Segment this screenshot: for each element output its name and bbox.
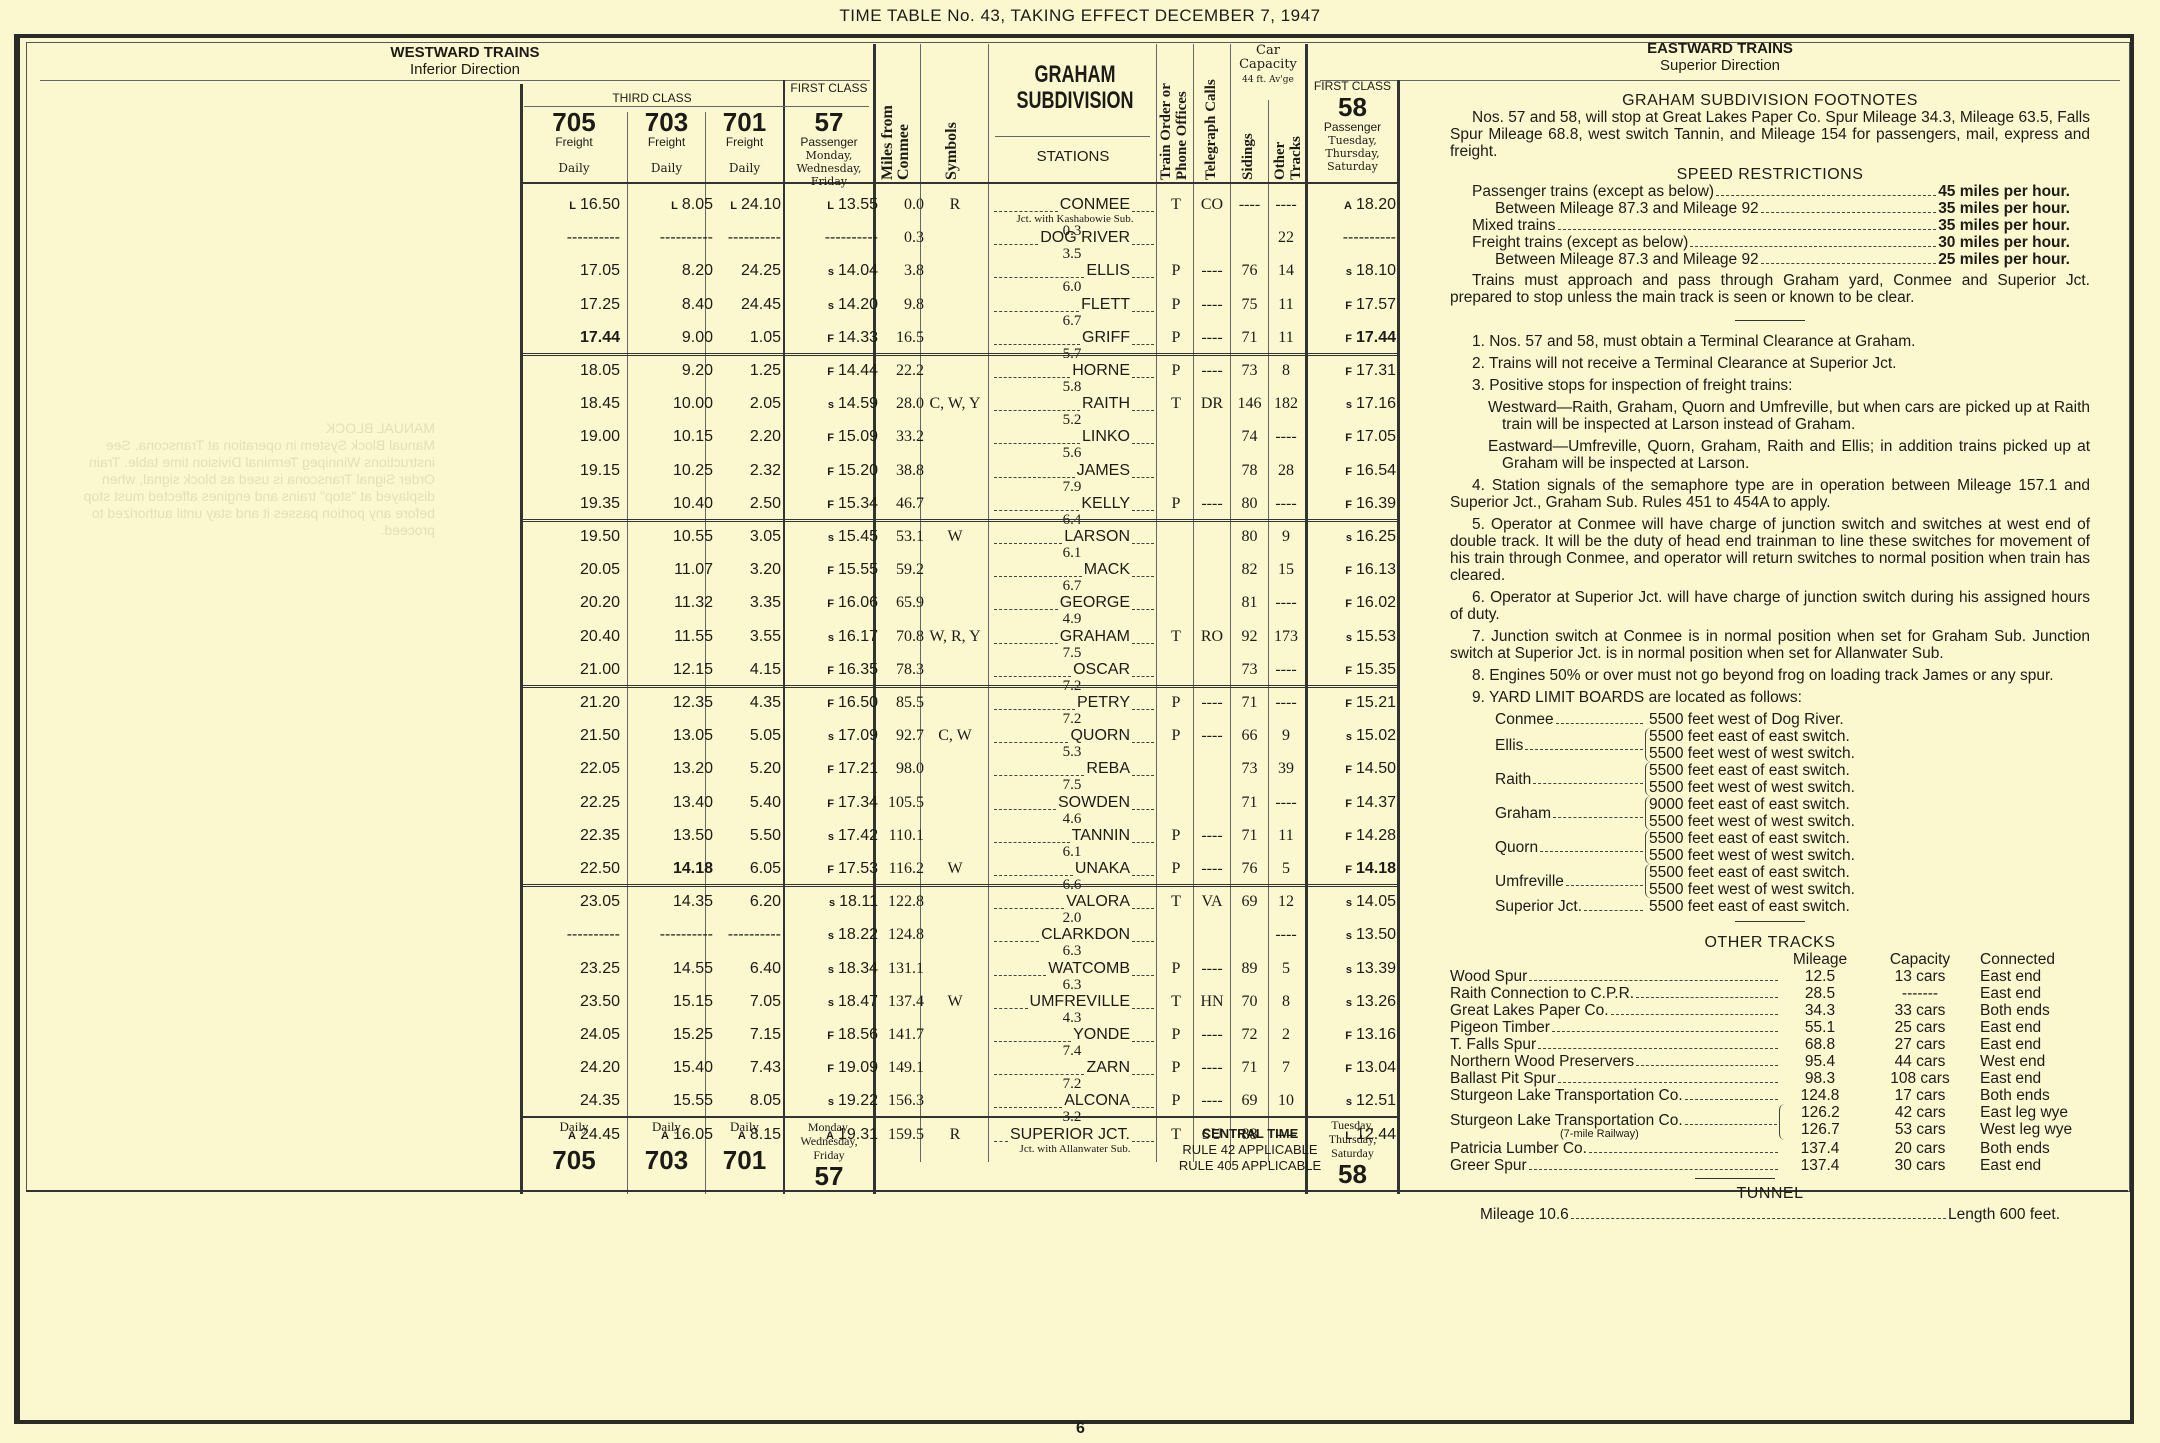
w703-cell: 12.15 [628,653,713,687]
oth-cell: 182 [1268,387,1304,421]
telegraph-header: Telegraph Calls [1203,60,1219,180]
sid-cell: 81 [1231,586,1268,620]
other-track-row: Patricia Lumber Co.137.420 carsBoth ends [1450,1140,2090,1157]
e58-cell: s16.25 [1310,520,1396,554]
track-name: Sturgeon Lake Transportation Co. [1450,1087,1683,1104]
yard-limit-location: 9000 feet east of east switch. [1649,796,1855,813]
cell-value: 19.35 [580,495,620,512]
sym-cell [922,686,988,720]
cell-value: 16.17 [838,628,878,645]
w705-cell: 22.25 [520,786,620,820]
other-track-row: Raith Connection to C.P.R.28.5-------Eas… [1450,985,2090,1002]
w57-cell: s16.17 [786,620,878,654]
cell-value: C, W [938,727,971,744]
cell-value: 17.34 [838,794,878,811]
stop-flag: F [1345,1030,1352,1042]
cell-value: ---- [1275,196,1296,213]
sid-cell: 71 [1231,1051,1268,1085]
yard-limit-row: Raith5500 feet east of east switch.5500 … [1495,762,2090,796]
w703-cell: 9.00 [628,321,713,355]
cell-value: 14 [1278,262,1294,279]
w57-cell: s14.59 [786,387,878,421]
w703-cell: 11.07 [628,553,713,587]
w705-cell: 24.35 [520,1084,620,1118]
cell-value: 156.3 [888,1092,924,1109]
miles-cell: 124.8 [876,918,924,952]
station-row: 19.0010.152.20F15.0933.274----F17.05LINK… [520,420,1400,454]
w57-cell: F15.09 [786,420,878,454]
miles-cell: 110.1 [876,819,924,853]
cell-value: 6.40 [750,960,781,977]
w705-cell: 17.25 [520,288,620,322]
track-capacity: 44 cars [1860,1053,1980,1070]
w57-cell: F17.53 [786,852,878,886]
station-row: 22.0513.205.20F17.2198.07339F14.50REBA [520,752,1400,786]
stop-flag: F [1345,1063,1352,1075]
cell-value: 76 [1242,860,1258,877]
cell-value: ---- [1275,428,1296,445]
w703-cell: 10.15 [628,420,713,454]
to-cell: P [1158,288,1194,322]
sid-cell: 146 [1231,387,1268,421]
header-rule [520,182,1400,184]
train-58-header: FIRST CLASS 58 Passenger Tuesday, Thursd… [1310,80,1395,173]
cell-value: 7.15 [750,1026,781,1043]
cell-value: 137.4 [888,993,924,1010]
to-cell [1158,454,1194,488]
cell-value: 24.45 [741,296,781,313]
e58-cell: s12.51 [1310,1084,1396,1118]
station-row: 18.059.201.25F14.4422.2P----738F17.31HOR… [520,354,1400,388]
cell-value: 69 [1242,893,1258,910]
cell-value: 17.16 [1356,395,1396,412]
cell-value: 159.5 [888,1126,924,1143]
yard-limit-location: 5500 feet west of west switch. [1649,881,1855,898]
w703-cell: ---------- [628,918,713,952]
track-connected: Both ends [1980,1140,2090,1157]
w701-cell: 2.05 [706,387,781,421]
oth-cell: 15 [1268,553,1304,587]
w703-cell: 10.40 [628,487,713,521]
cell-value: 17.31 [1356,362,1396,379]
sym-cell [922,221,988,255]
to-cell [1158,653,1194,687]
page-number: 6 [1076,1420,1085,1438]
car-capacity-note: 44 ft. Av'ge [1242,75,1294,85]
cell-value: 18.56 [838,1026,878,1043]
stop-flag: s [1346,399,1352,411]
cell-value: 18.11 [839,893,878,910]
cell-value: P [1172,827,1181,844]
cell-value: 71 [1242,794,1258,811]
sym-cell [922,653,988,687]
cell-value: 22.05 [580,760,620,777]
train-number: 701 [707,108,782,136]
track-name: Northern Wood Preservers [1450,1053,1634,1070]
cell-value: P [1172,694,1181,711]
stop-flag: s [828,997,834,1009]
speed-value: 35 miles per hour. [1938,200,2070,217]
w701-cell: 6.05 [706,852,781,886]
train-days: Daily [729,161,760,175]
tel-cell [1194,653,1230,687]
cell-value: 14.37 [1356,794,1396,811]
cell-value: 17.09 [838,727,878,744]
miles-cell: 70.8 [876,620,924,654]
oth-cell: 10 [1268,1084,1304,1118]
to-cell: P [1158,686,1194,720]
station-row: 23.5015.157.05s18.47137.4WTHN708s13.26UM… [520,985,1400,1019]
cell-value: 22.2 [896,362,924,379]
cell-value: 73 [1242,760,1258,777]
to-cell: P [1158,1051,1194,1085]
track-name: Greer Spur [1450,1157,1527,1174]
to-cell: T [1158,985,1194,1019]
e58-cell: F16.39 [1310,487,1396,521]
train-number: 703 [629,108,704,136]
tel-cell: ---- [1194,288,1230,322]
w701-cell: 8.05 [706,1084,781,1118]
track-connected: East leg wye [1980,1104,2090,1121]
sid-cell: 92 [1231,620,1268,654]
train-number: 58 [1310,93,1395,121]
e58-cell: s18.10 [1310,254,1396,288]
cell-value: 14.59 [838,395,878,412]
miles-from-header: Miles from Conmee [880,90,916,180]
to-cell: T [1158,387,1194,421]
cell-value: 17.05 [1356,428,1396,445]
train-701-header: 701 Freight Daily [707,108,782,175]
stop-flag: F [1345,333,1352,345]
stop-flag: s [828,300,834,312]
e58-cell: s17.16 [1310,387,1396,421]
cell-value: ---------- [567,229,620,246]
oth-cell: 8 [1268,354,1304,388]
to-cell [1158,221,1194,255]
miles-cell: 53.1 [876,520,924,554]
cell-value: 23.50 [580,993,620,1010]
footnote-item: 2. Trains will not receive a Terminal Cl… [1450,355,2090,372]
cell-value: P [1172,1092,1181,1109]
speed-value: 45 miles per hour. [1938,183,2070,200]
sid-cell: 69 [1231,885,1268,919]
track-name: Great Lakes Paper Co. [1450,1002,1609,1019]
w57-cell: F14.33 [786,321,878,355]
sidings-header: Sidings [1240,120,1256,180]
cell-value: ---- [1275,495,1296,512]
speed-restrictions-title: SPEED RESTRICTIONS [1450,166,2090,183]
train-number: 705 [522,108,626,136]
cell-value: 24.20 [580,1059,620,1076]
w57-cell: F19.09 [786,1051,878,1085]
cell-value: ---- [1275,926,1296,943]
oth-cell: 14 [1268,254,1304,288]
miles-cell: 0.3 [876,221,924,255]
cell-value: 5 [1282,960,1290,977]
cell-value: 7.43 [750,1059,781,1076]
w701-cell: 5.50 [706,819,781,853]
w703-cell: 13.50 [628,819,713,853]
train-type: Freight [726,135,763,149]
cell-value: ---- [1201,262,1222,279]
w701-cell: 7.43 [706,1051,781,1085]
tel-cell: ---- [1194,254,1230,288]
stop-flag: s [828,964,834,976]
sid-cell: 71 [1231,819,1268,853]
w701-cell: 6.20 [706,885,781,919]
cell-value: ---- [1201,727,1222,744]
w57-cell: s19.22 [786,1084,878,1118]
cell-value: 17.44 [580,329,620,346]
station-row: 23.2514.556.40s18.34131.1P----895s13.39W… [520,952,1400,986]
cell-value: 76 [1242,262,1258,279]
cell-value: 5.50 [750,827,781,844]
cell-value: 28.0 [896,395,924,412]
cell-value: 4.35 [750,694,781,711]
e58-cell: F16.54 [1310,454,1396,488]
w703-cell: 11.32 [628,586,713,620]
subdivision-title: GRAHAM SUBDIVISION [1000,62,1150,114]
w701-cell: L24.10 [706,188,781,222]
track-name: Raith Connection to C.P.R. [1450,985,1634,1002]
w703-cell: 13.40 [628,786,713,820]
train-type: Freight [648,135,685,149]
w705-cell: 18.05 [520,354,620,388]
sid-cell [1231,221,1268,255]
cell-value: 3.35 [750,594,781,611]
sid-cell: 75 [1231,288,1268,322]
sym-cell [922,420,988,454]
w705-cell: 23.25 [520,952,620,986]
approach-note: Trains must approach and pass through Gr… [1450,272,2090,306]
w705-cell: 24.05 [520,1018,620,1052]
stop-flag: s [828,632,834,644]
cell-value: P [1172,727,1181,744]
cell-value: 8.05 [750,1092,781,1109]
stop-flag: A [1344,200,1352,212]
station-row: ----------------------------------------… [520,221,1400,255]
cell-value: ---- [1201,694,1222,711]
w705-cell: 19.00 [520,420,620,454]
w703-cell: 10.00 [628,387,713,421]
sym-cell [922,586,988,620]
sym-cell: W, R, Y [922,620,988,654]
cell-value: 17.42 [838,827,878,844]
cell-value: 22.50 [580,860,620,877]
stop-flag: s [1346,1096,1352,1108]
cell-value: ---- [1275,694,1296,711]
yard-station: Graham [1495,805,1551,822]
cell-value: 6.20 [750,893,781,910]
sym-cell [922,1018,988,1052]
w705-cell: L16.50 [520,188,620,222]
cell-value: 15.34 [838,495,878,512]
cell-value: P [1172,296,1181,313]
w701-cell: 7.05 [706,985,781,1019]
cell-value: 19.15 [580,462,620,479]
yard-station: Superior Jct. [1495,898,1582,915]
sym-cell [922,321,988,355]
cell-value: 21.50 [580,727,620,744]
station-row: 24.3515.558.05s19.22156.3P----6910s12.51… [520,1084,1400,1118]
cell-value: 16.06 [838,594,878,611]
to-cell [1158,752,1194,786]
tel-cell [1194,454,1230,488]
cell-value: 71 [1242,827,1258,844]
footer-703: Daily703 [629,1120,704,1174]
sym-cell [922,354,988,388]
track-mileage: 126.7 [1780,1121,1860,1138]
track-mileage: 68.8 [1780,1036,1860,1053]
to-cell [1158,918,1194,952]
tel-cell: ---- [1194,1051,1230,1085]
cell-value: 15.21 [1356,694,1396,711]
yard-limit-location: 5500 feet west of west switch. [1649,847,1855,864]
cell-value: 82 [1242,561,1258,578]
cell-value: 23.05 [580,893,620,910]
sym-cell: C, W, Y [922,387,988,421]
cell-value: ---- [1201,362,1222,379]
yard-limit-location: 5500 feet west of west switch. [1649,779,1855,796]
page-title: TIME TABLE No. 43, TAKING EFFECT DECEMBE… [0,6,2160,26]
track-connected: West end [1980,1053,2090,1070]
stop-flag: F [827,499,834,511]
stop-flag: F [1345,764,1352,776]
cell-value: 3.20 [750,561,781,578]
cell-value: 85.5 [896,694,924,711]
track-capacity: 30 cars [1860,1157,1980,1174]
westward-header: WESTWARD TRAINS Inferior Direction [40,44,890,78]
cell-value: T [1171,628,1181,645]
w705-cell: 21.20 [520,686,620,720]
w57-cell: F16.06 [786,586,878,620]
w701-cell: 4.35 [706,686,781,720]
w701-cell: 5.20 [706,752,781,786]
cell-value: P [1172,329,1181,346]
track-capacity: 42 cars [1860,1104,1980,1121]
e58-cell: s14.05 [1310,885,1396,919]
cell-value: 2.32 [750,462,781,479]
oth-cell: 11 [1268,288,1304,322]
third-class-label: THIRD CLASS [524,92,780,105]
sym-cell [922,885,988,919]
train-days: Monday, Wednesday, Friday [800,1120,857,1162]
cell-value: 2.20 [750,428,781,445]
cell-value: W, R, Y [929,628,980,645]
oth-cell: ---- [1268,786,1304,820]
w705-cell: 18.45 [520,387,620,421]
sym-cell [922,553,988,587]
w705-cell: ---------- [520,221,620,255]
w701-cell: 1.05 [706,321,781,355]
cell-value: 22.25 [580,794,620,811]
cell-value: T [1171,395,1181,412]
footnote-item: 4. Station signals of the semaphore type… [1450,477,2090,511]
cell-value: 5.40 [750,794,781,811]
e58-cell: s13.26 [1310,985,1396,1019]
cell-value: C, W, Y [930,395,981,412]
train-705-header: 705 Freight Daily [522,108,626,175]
sym-cell [922,254,988,288]
speed-row: Between Mileage 87.3 and Mileage 9235 mi… [1450,200,2090,217]
sym-cell [922,288,988,322]
miles-cell: 3.8 [876,254,924,288]
to-cell: P [1158,1084,1194,1118]
cell-value: W [947,528,962,545]
w57-cell: s18.34 [786,952,878,986]
to-cell: P [1158,487,1194,521]
oth-cell: 5 [1268,852,1304,886]
sym-cell [922,487,988,521]
rule [995,136,1150,137]
stop-flag: s [1346,532,1352,544]
sym-cell [922,1084,988,1118]
cell-value: 149.1 [888,1059,924,1076]
other-tracks-title: OTHER TRACKS [1450,934,2090,951]
track-capacity: ------- [1860,985,1980,1002]
cell-value: 20.20 [580,594,620,611]
cell-value: 15.35 [1356,661,1396,678]
w701-cell: 3.20 [706,553,781,587]
cell-value: 14.05 [1356,893,1396,910]
footnote-item: 3. Positive stops for inspection of frei… [1450,377,2090,394]
cell-value: 28 [1278,462,1294,479]
cell-value: 1.25 [750,362,781,379]
sid-cell: 72 [1231,1018,1268,1052]
cell-value: 22 [1278,229,1294,246]
train-703-header: 703 Freight Daily [629,108,704,175]
w57-cell: F15.20 [786,454,878,488]
tel-cell: ---- [1194,487,1230,521]
speed-value: 25 miles per hour. [1938,251,2070,268]
cell-value: 9 [1282,528,1290,545]
cell-value: 73 [1242,661,1258,678]
track-connected: East end [1980,968,2090,985]
e58-cell: s15.53 [1310,620,1396,654]
speed-row: Passenger trains (except as below)45 mil… [1450,183,2090,200]
cell-value: 13.04 [1356,1059,1396,1076]
e58-cell: F17.31 [1310,354,1396,388]
stop-flag: F [827,432,834,444]
cell-value: 53.1 [896,528,924,545]
tel-cell [1194,553,1230,587]
stop-flag: L [730,200,737,212]
cell-value: 74 [1242,428,1258,445]
to-cell: P [1158,1018,1194,1052]
cell-value: 38.8 [896,462,924,479]
w705-cell: 20.05 [520,553,620,587]
miles-cell: 38.8 [876,454,924,488]
car-capacity-header: Car Capacity 44 ft. Av'ge [1232,44,1304,87]
w701-cell: 24.25 [706,254,781,288]
to-cell [1158,420,1194,454]
eastward-title: EASTWARD TRAINS [1320,40,2120,57]
sid-cell: 80 [1231,487,1268,521]
cell-value: 10 [1278,1092,1294,1109]
yard-limit-location: 5500 feet west of Dog River. [1649,711,1844,728]
cell-value: 17.44 [1356,329,1396,346]
miles-cell: 141.7 [876,1018,924,1052]
sid-cell: 71 [1231,786,1268,820]
train-days: Daily [652,1119,681,1134]
miles-cell: 9.8 [876,288,924,322]
track-capacity: 53 cars [1860,1121,1980,1138]
footnote-item: 6. Operator at Superior Jct. will have c… [1450,589,2090,623]
cell-value: 92.7 [896,727,924,744]
footer-701: Daily701 [707,1120,782,1174]
cell-value: P [1172,960,1181,977]
station-row: 19.5010.553.05s15.4553.1W809s16.25LARSON [520,520,1400,554]
